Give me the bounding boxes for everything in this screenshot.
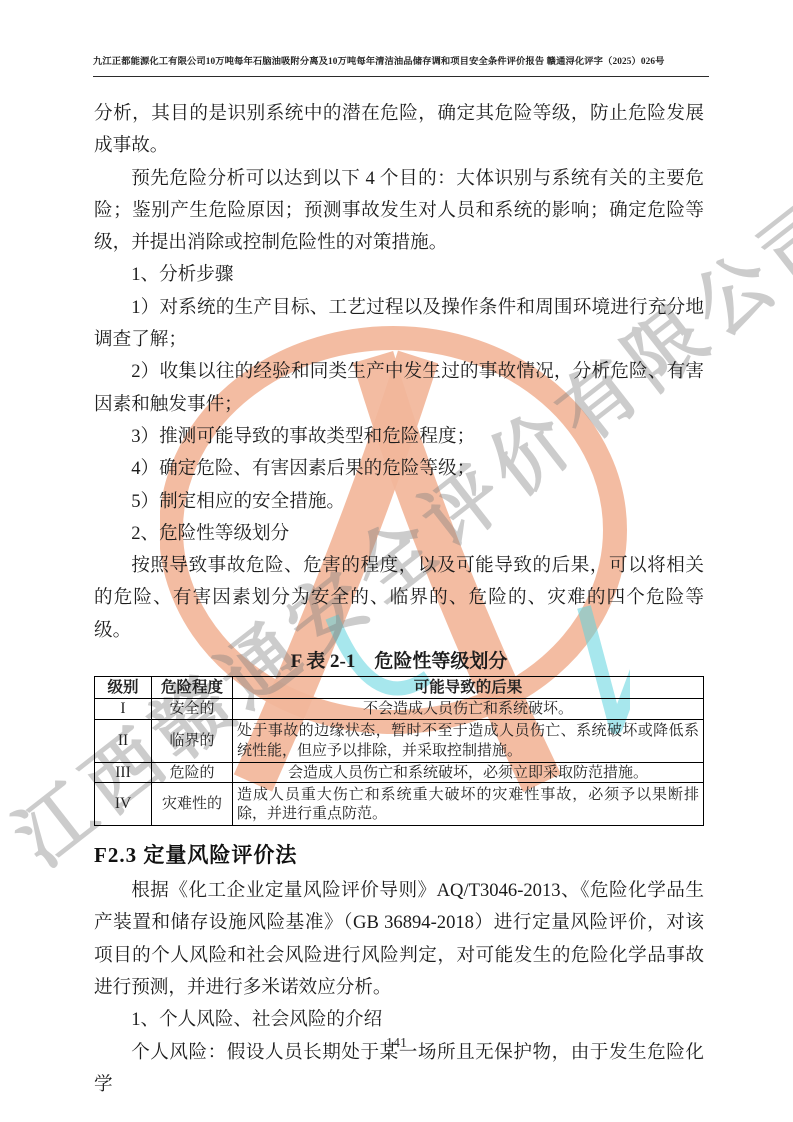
paragraph: 分析，其目的是识别系统中的潜在危险，确定其危险等级，防止危险发展成事故。 — [94, 98, 704, 163]
list-item: 4）确定危险、有害因素后果的危险等级； — [94, 453, 704, 485]
cell-consequence: 处于事故的边缘状态，暂时不至于造成人员伤亡、系统破坏或降低系统性能，但应予以排除… — [233, 719, 704, 762]
page-number: 141 — [0, 1036, 793, 1052]
list-item: 3）推测可能导致的事故类型和危险程度； — [94, 421, 704, 453]
cell-consequence: 会造成人员伤亡和系统破坏，必须立即采取防范措施。 — [233, 762, 704, 783]
cell-level: II — [95, 719, 152, 762]
page-header: 九江正都能源化工有限公司10万吨每年石脑油吸附分离及10万吨每年清洁油品储存调和… — [93, 56, 709, 77]
table-header-row: 级别 危险程度 可能导致的后果 — [95, 677, 704, 699]
document-page: 江西赣通安全评价有限公司 九江正都能源化工有限公司10万吨每年石脑油吸附分离及1… — [0, 0, 793, 1122]
col-header-level: 级别 — [95, 677, 152, 699]
page-header-text: 九江正都能源化工有限公司10万吨每年石脑油吸附分离及10万吨每年清洁油品储存调和… — [93, 57, 665, 67]
cell-degree: 临界的 — [152, 719, 233, 762]
cell-level: I — [95, 699, 152, 720]
list-heading: 1、分析步骤 — [94, 259, 704, 291]
hazard-level-table: 级别 危险程度 可能导致的后果 I 安全的 不会造成人员伤亡和系统破坏。 II … — [94, 676, 704, 826]
paragraph: 预先危险分析可以达到以下 4 个目的：大体识别与系统有关的主要危险；鉴别产生危险… — [94, 163, 704, 260]
page-content: 分析，其目的是识别系统中的潜在危险，确定其危险等级，防止危险发展成事故。 预先危… — [94, 98, 704, 1101]
col-header-degree: 危险程度 — [152, 677, 233, 699]
cell-degree: 危险的 — [152, 762, 233, 783]
cell-level: III — [95, 762, 152, 783]
list-heading: 1、个人风险、社会风险的介绍 — [94, 1004, 704, 1036]
table-row: III 危险的 会造成人员伤亡和系统破坏，必须立即采取防范措施。 — [95, 762, 704, 783]
table-row: I 安全的 不会造成人员伤亡和系统破坏。 — [95, 699, 704, 720]
cell-degree: 灾难性的 — [152, 783, 233, 826]
paragraph: 按照导致事故危险、危害的程度，以及可能导致的后果，可以将相关的危险、有害因素划分… — [94, 550, 704, 647]
table-row: IV 灾难性的 造成人员重大伤亡和系统重大破坏的灾难性事故，必须予以果断排除，并… — [95, 783, 704, 826]
paragraph: 根据《化工企业定量风险评价导则》AQ/T3046-2013、《危险化学品生产装置… — [94, 875, 704, 1004]
table-row: II 临界的 处于事故的边缘状态，暂时不至于造成人员伤亡、系统破坏或降低系统性能… — [95, 719, 704, 762]
col-header-consequence: 可能导致的后果 — [233, 677, 704, 699]
table-caption: F 表 2-1 危险性等级划分 — [94, 649, 704, 675]
cell-consequence: 不会造成人员伤亡和系统破坏。 — [233, 699, 704, 720]
cell-level: IV — [95, 783, 152, 826]
section-heading: F2.3 定量风险评价法 — [94, 839, 704, 869]
list-item: 1）对系统的生产目标、工艺过程以及操作条件和周围环境进行充分地调查了解； — [94, 292, 704, 357]
list-item: 2）收集以往的经验和同类生产中发生过的事故情况，分析危险、有害因素和触发事件； — [94, 356, 704, 421]
cell-consequence: 造成人员重大伤亡和系统重大破坏的灾难性事故，必须予以果断排除，并进行重点防范。 — [233, 783, 704, 826]
list-heading: 2、危险性等级划分 — [94, 518, 704, 550]
list-item: 5）制定相应的安全措施。 — [94, 486, 704, 518]
cell-degree: 安全的 — [152, 699, 233, 720]
